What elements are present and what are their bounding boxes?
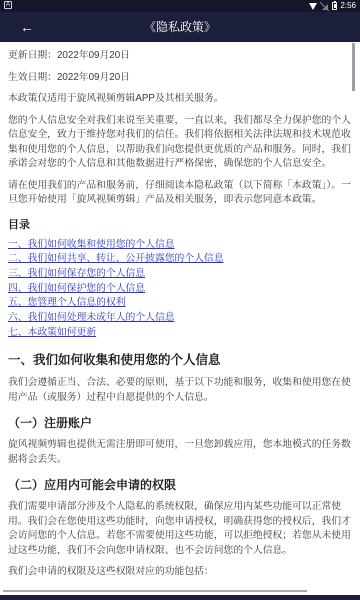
clock-text: 2:56 bbox=[340, 0, 356, 12]
toc-link-7[interactable]: 七、本政策如何更新 bbox=[8, 326, 352, 341]
notification-icon: A bbox=[4, 1, 12, 9]
app-window: A 2:56 ← 《隐私政策》 更新日期：2022年09月20日 生效日期：20… bbox=[0, 0, 360, 600]
signal-triangle-icon bbox=[309, 3, 317, 10]
toc-link-4[interactable]: 四、我们如何保护您的个人信息 bbox=[8, 282, 352, 297]
subsection-2-heading: （二）应用内可能会申请的权限 bbox=[8, 477, 352, 493]
intro-paragraph-3: 请在使用我们的产品和服务前，仔细阅读本隐私政策（以下简称「本政策」）。一旦您开始… bbox=[8, 179, 352, 208]
subsection-1-body: 旋风视频剪辑也提供无需注册即可使用，一旦您卸载应用，您本地模式的任务数据将会丢失… bbox=[8, 438, 352, 467]
section-1-heading: 一、我们如何收集和使用您的个人信息 bbox=[8, 352, 352, 369]
status-bar-left: A bbox=[4, 0, 12, 12]
battery-icon bbox=[332, 2, 337, 10]
table-of-contents: 一、我们如何收集和使用您的个人信息 二、我们如何共享、转让、公开披露您的个人信息… bbox=[8, 238, 352, 341]
intro-paragraph-1: 本政策仅适用于旋风视频剪辑APP及其相关服务。 bbox=[8, 92, 352, 107]
toc-link-5[interactable]: 五、您管理个人信息的权利 bbox=[8, 296, 352, 311]
toc-link-2[interactable]: 二、我们如何共享、转让、公开披露您的个人信息 bbox=[8, 252, 352, 267]
bottom-navigation-bar bbox=[0, 595, 360, 600]
status-bar: A 2:56 bbox=[0, 0, 360, 12]
toc-heading: 目录 bbox=[8, 218, 352, 233]
subsection-2-lead: 我们会申请的权限及这些权限对应的功能包括： bbox=[8, 565, 352, 580]
toc-link-6[interactable]: 六、我们如何处理未成年人的个人信息 bbox=[8, 311, 352, 326]
app-bar: ← 《隐私政策》 bbox=[0, 12, 360, 42]
toc-link-1[interactable]: 一、我们如何收集和使用您的个人信息 bbox=[8, 238, 352, 253]
status-bar-right: 2:56 bbox=[309, 0, 356, 12]
effective-date: 生效日期：2022年09月20日 bbox=[8, 71, 352, 86]
table-top-border bbox=[3, 590, 307, 592]
scrollbar[interactable] bbox=[352, 43, 355, 91]
toc-link-3[interactable]: 三、我们如何保存您的个人信息 bbox=[8, 267, 352, 282]
update-date: 更新日期：2022年09月20日 bbox=[8, 49, 352, 64]
subsection-2-body: 我们需要申请部分涉及个人隐私的系统权限，确保应用内某些功能可以正常使用。我们会在… bbox=[8, 500, 352, 558]
intro-paragraph-2: 您的个人信息安全对我们来说至关重要，一直以来，我们都尽全力保护您的个人信息安全，… bbox=[8, 114, 352, 172]
section-1-intro: 我们会遵循正当、合法、必要的原则，基于以下功能和服务，收集和使用您在使用产品（或… bbox=[8, 376, 352, 405]
policy-content: 更新日期：2022年09月20日 生效日期：2022年09月20日 本政策仅适用… bbox=[0, 42, 360, 595]
page-title: 《隐私政策》 bbox=[0, 12, 360, 42]
subsection-1-heading: （一）注册账户 bbox=[8, 415, 352, 431]
no-sim-icon bbox=[320, 2, 329, 11]
